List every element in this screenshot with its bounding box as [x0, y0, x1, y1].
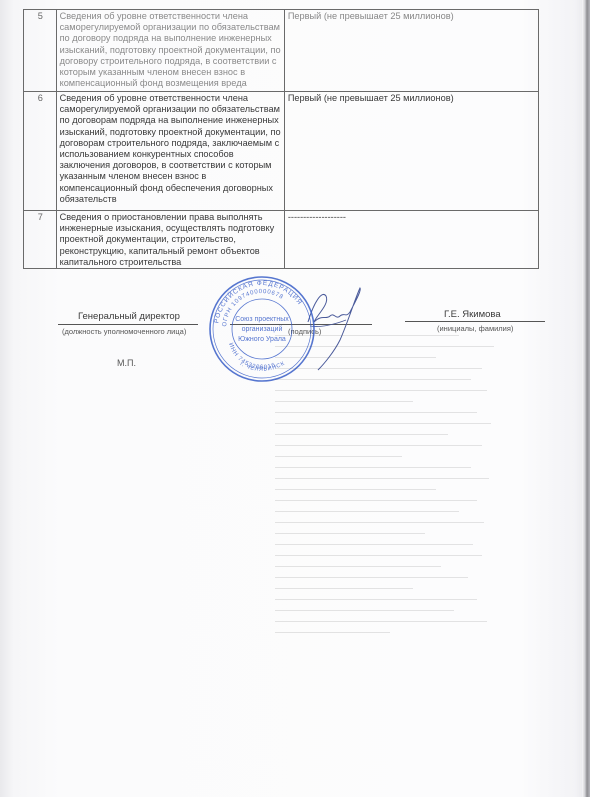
- row-description: Сведения о приостановлении права выполня…: [56, 211, 284, 269]
- info-table: 5 Сведения об уровне ответственности чле…: [23, 9, 539, 269]
- row-value: -------------------: [284, 211, 538, 269]
- row-description: Сведения об уровне ответственности члена…: [56, 10, 284, 92]
- row-value: Первый (не превышает 25 миллионов): [284, 92, 538, 211]
- row-description: Сведения об уровне ответственности члена…: [56, 92, 284, 211]
- row-value: Первый (не превышает 25 миллионов): [284, 10, 538, 92]
- position-title: Генеральный директор: [78, 311, 180, 322]
- stamp-center-1: Союз проектных: [235, 316, 289, 323]
- seal-label: М.П.: [117, 358, 136, 368]
- name-line: [405, 321, 545, 322]
- scan-edge: [582, 0, 590, 797]
- row-number: 7: [24, 211, 57, 269]
- stamp-center-2: организаций: [242, 325, 283, 333]
- name-caption: (инициалы, фамилия): [437, 324, 513, 333]
- table-row: 7 Сведения о приостановлении права выпол…: [24, 211, 539, 269]
- reverse-bleed-through: [275, 335, 505, 695]
- row-number: 6: [24, 92, 57, 211]
- position-line: [58, 324, 198, 325]
- table-row: 5 Сведения об уровне ответственности чле…: [24, 10, 539, 92]
- row-number: 5: [24, 10, 57, 92]
- signer-name: Г.Е. Якимова: [444, 309, 501, 320]
- position-caption: (должность уполномоченного лица): [62, 327, 186, 336]
- table-row: 6 Сведения об уровне ответственности чле…: [24, 92, 539, 211]
